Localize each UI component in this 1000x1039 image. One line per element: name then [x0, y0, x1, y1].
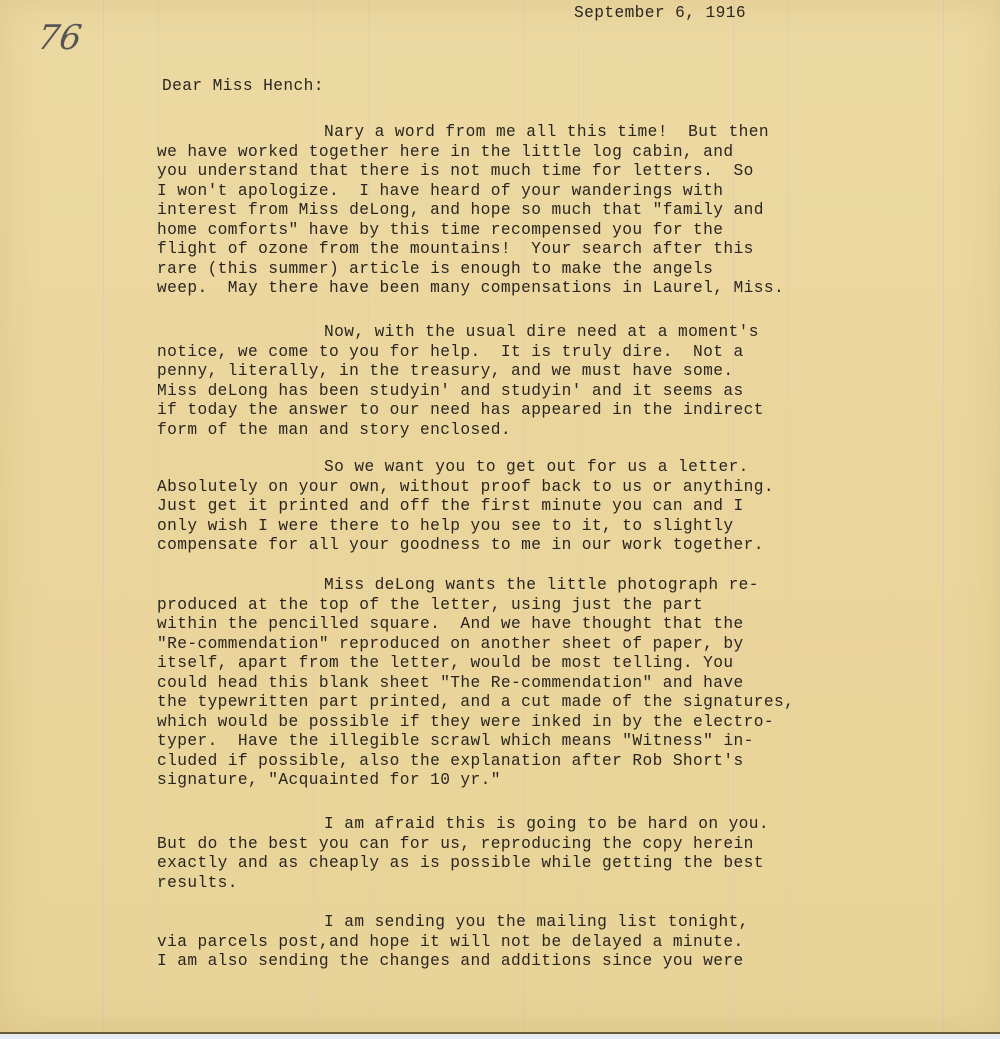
text-line: cluded if possible, also the explanation… — [157, 752, 794, 772]
text-line: results. — [157, 874, 769, 894]
text-line: typer. Have the illegible scrawl which m… — [157, 732, 794, 752]
letter-page: 76 September 6, 1916 Dear Miss Hench: Na… — [0, 0, 1000, 1034]
text-line: rare (this summer) article is enough to … — [157, 260, 784, 280]
text-line: Miss deLong wants the little photograph … — [157, 576, 794, 596]
paragraph: Miss deLong wants the little photograph … — [157, 576, 794, 791]
text-line: Now, with the usual dire need at a momen… — [157, 323, 764, 343]
text-line: notice, we come to you for help. It is t… — [157, 343, 764, 363]
text-line: So we want you to get out for us a lette… — [157, 458, 774, 478]
text-line: only wish I were there to help you see t… — [157, 517, 774, 537]
text-line: itself, apart from the letter, would be … — [157, 654, 794, 674]
text-line: compensate for all your goodness to me i… — [157, 536, 774, 556]
text-line: "Re-commendation" reproduced on another … — [157, 635, 794, 655]
text-line: But do the best you can for us, reproduc… — [157, 835, 769, 855]
text-line: I am afraid this is going to be hard on … — [157, 815, 769, 835]
text-line: we have worked together here in the litt… — [157, 143, 784, 163]
folio-number: 76 — [35, 18, 84, 58]
text-line: Just get it printed and off the first mi… — [157, 497, 774, 517]
text-line: signature, "Acquainted for 10 yr." — [157, 771, 794, 791]
text-line: penny, literally, in the treasury, and w… — [157, 362, 764, 382]
text-line: home comforts" have by this time recompe… — [157, 221, 784, 241]
paragraph: Now, with the usual dire need at a momen… — [157, 323, 764, 440]
text-line: Nary a word from me all this time! But t… — [157, 123, 784, 143]
text-line: exactly and as cheaply as is possible wh… — [157, 854, 769, 874]
text-line: Miss deLong has been studyin' and studyi… — [157, 382, 764, 402]
text-line: within the pencilled square. And we have… — [157, 615, 794, 635]
text-line: form of the man and story enclosed. — [157, 421, 764, 441]
paragraph: So we want you to get out for us a lette… — [157, 458, 774, 556]
text-line: flight of ozone from the mountains! Your… — [157, 240, 784, 260]
letter-date: September 6, 1916 — [574, 4, 746, 22]
text-line: weep. May there have been many compensat… — [157, 279, 784, 299]
text-line: you understand that there is not much ti… — [157, 162, 784, 182]
paragraph: Nary a word from me all this time! But t… — [157, 123, 784, 299]
text-line: I am also sending the changes and additi… — [157, 952, 749, 972]
text-line: the typewritten part printed, and a cut … — [157, 693, 794, 713]
text-line: Absolutely on your own, without proof ba… — [157, 478, 774, 498]
paragraph: I am afraid this is going to be hard on … — [157, 815, 769, 893]
text-line: which would be possible if they were ink… — [157, 713, 794, 733]
text-line: I won't apologize. I have heard of your … — [157, 182, 784, 202]
text-line: if today the answer to our need has appe… — [157, 401, 764, 421]
text-line: via parcels post,and hope it will not be… — [157, 933, 749, 953]
salutation: Dear Miss Hench: — [162, 77, 324, 95]
text-line: produced at the top of the letter, using… — [157, 596, 794, 616]
text-line: interest from Miss deLong, and hope so m… — [157, 201, 784, 221]
paragraph: I am sending you the mailing list tonigh… — [157, 913, 749, 972]
text-line: could head this blank sheet "The Re-comm… — [157, 674, 794, 694]
text-line: I am sending you the mailing list tonigh… — [157, 913, 749, 933]
